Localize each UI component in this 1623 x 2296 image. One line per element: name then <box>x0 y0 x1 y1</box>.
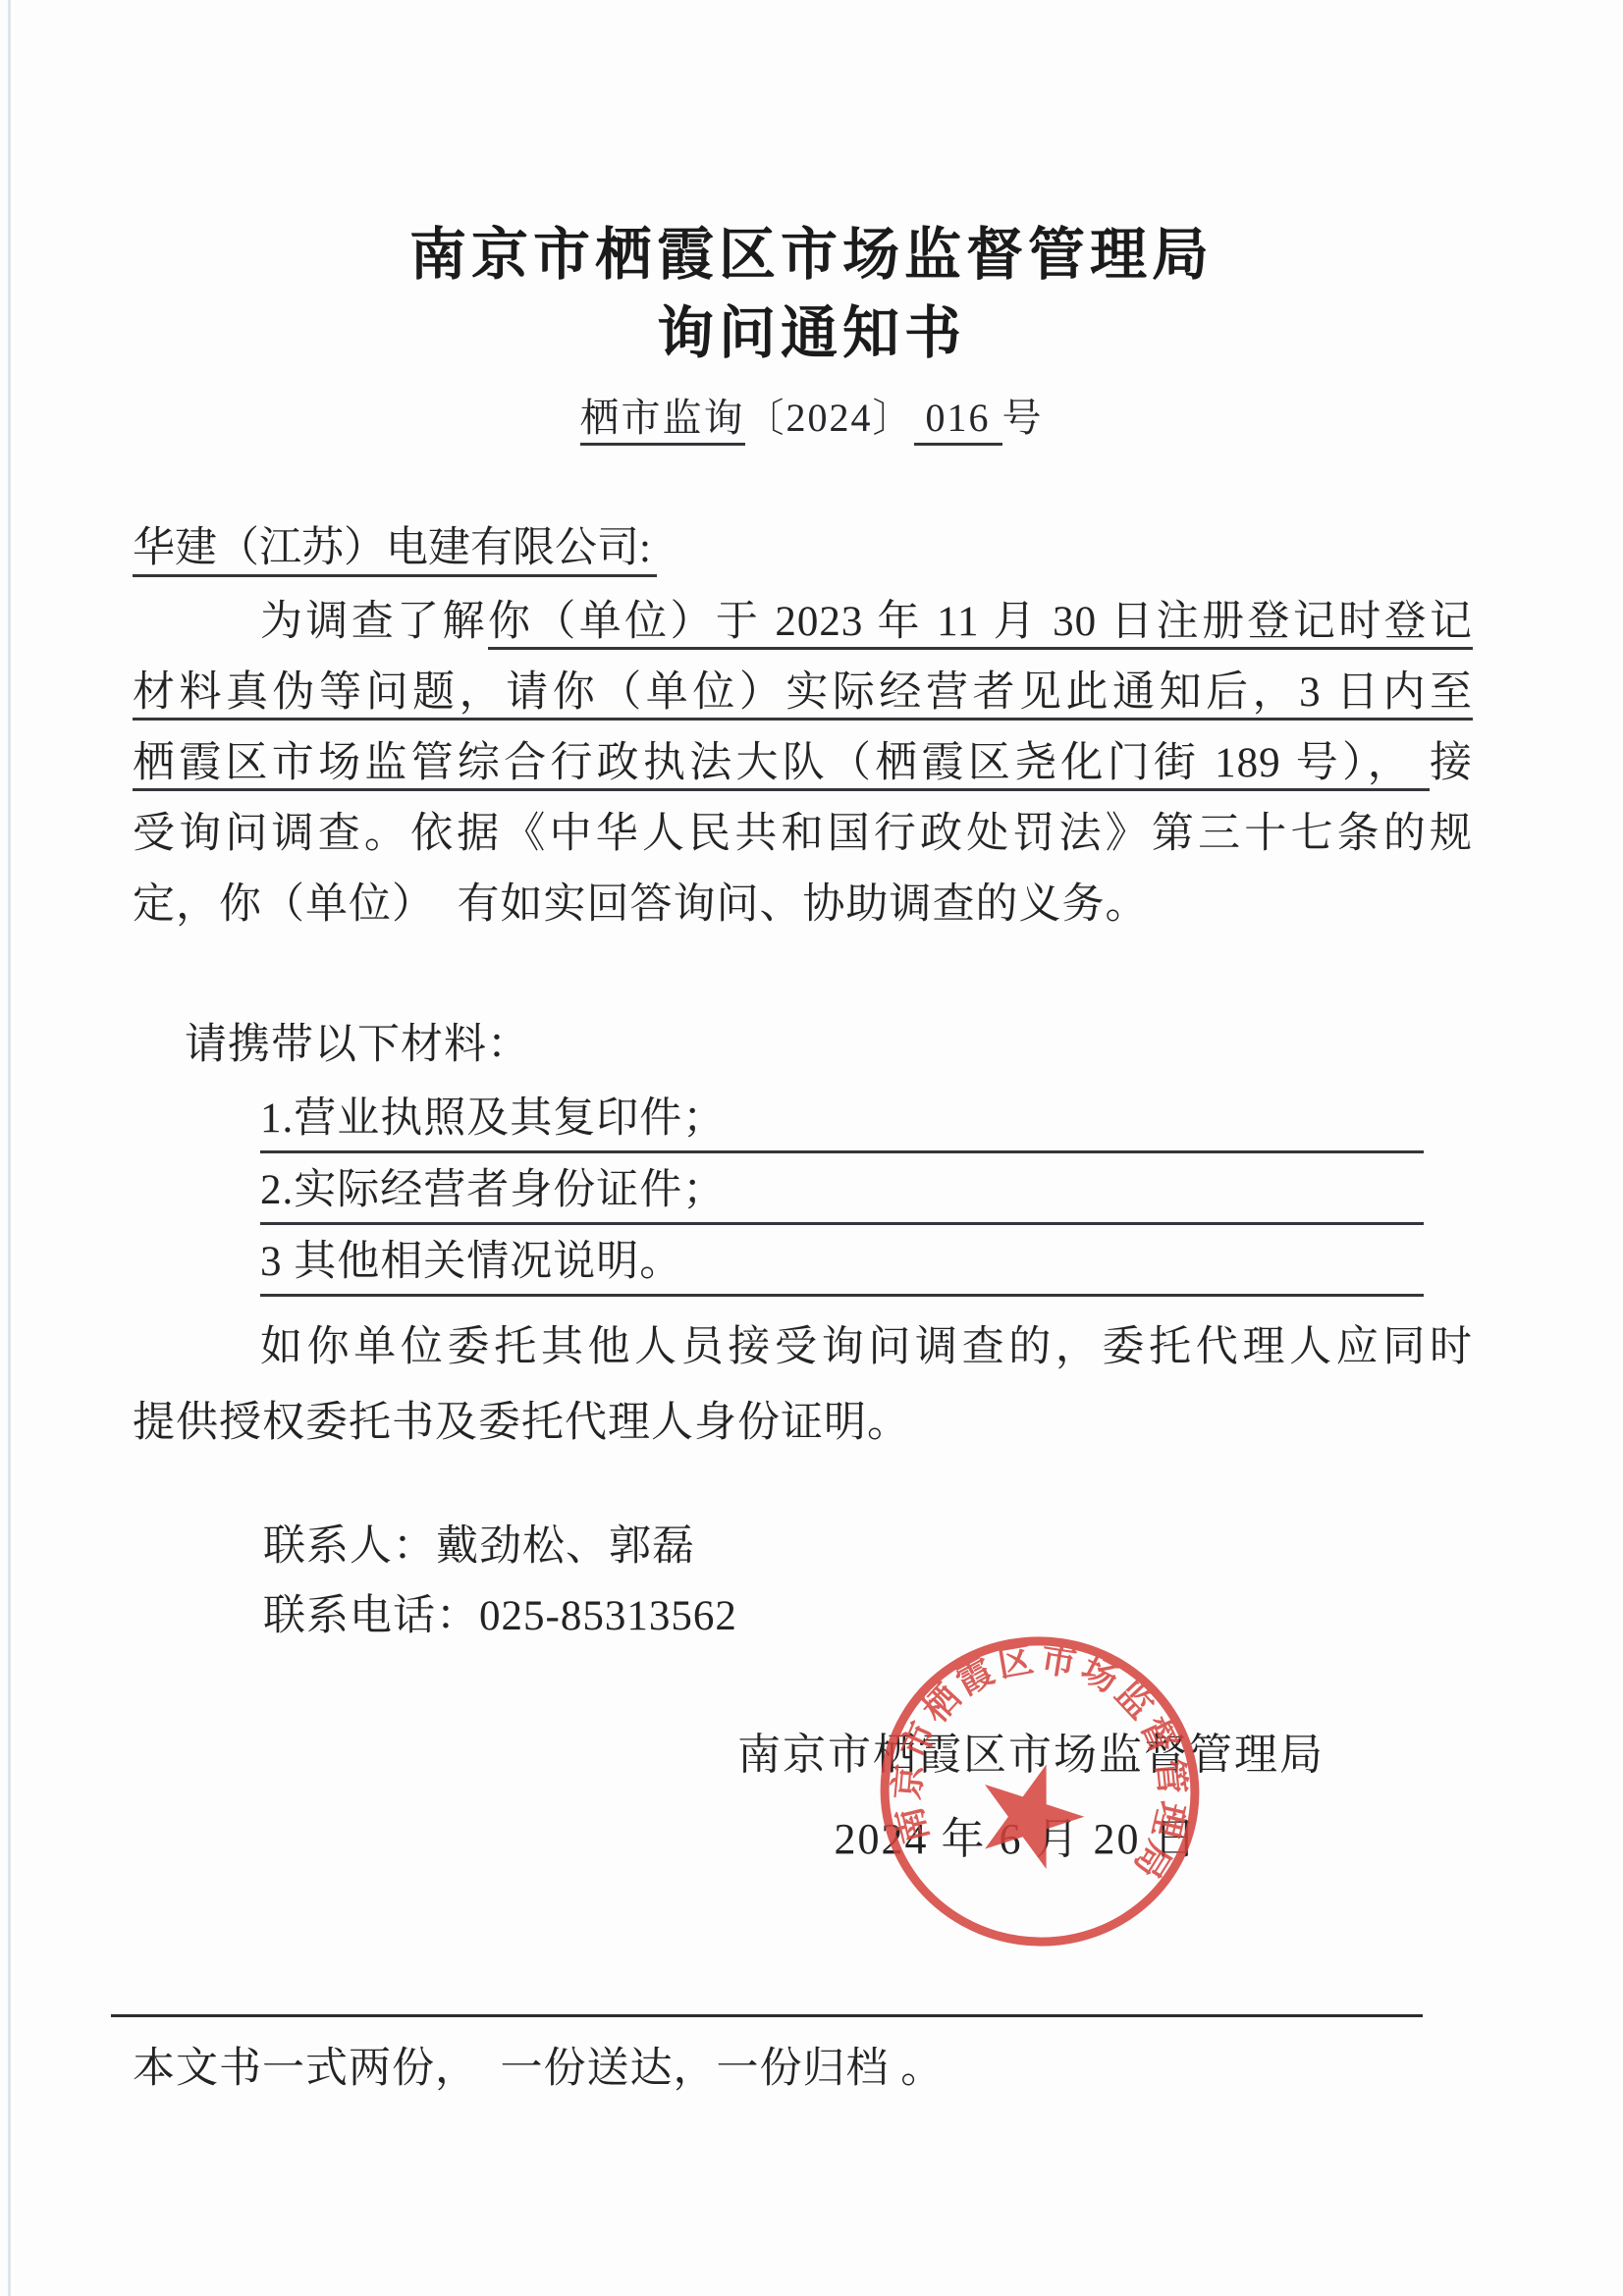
notice-document-page: 南京市栖霞区市场监督管理局 询问通知书 栖市监询〔2024〕 016 号 华建（… <box>0 0 1623 2296</box>
delegate-paragraph: 如你单位委托其他人员接受询问调查的，委托代理人应同时 提供授权委托书及委托代理人… <box>133 1309 1473 1461</box>
footer-note: 本文书一式两份， 一份送达，一份归档 。 <box>133 2034 944 2105</box>
paragraph-line-5: 定，你（单位） 有如实回答询问、协助调查的义务。 <box>133 870 1473 940</box>
document-title-type: 询问通知书 <box>0 296 1623 371</box>
paragraph-line-4: 受询问调查。依据《中华人民共和国行政处罚法》第三十七条的规 <box>133 799 1473 870</box>
document-title-org: 南京市栖霞区市场监督管理局 <box>0 218 1623 293</box>
paragraph-line-1: 为调查了解你（单位）于 2023 年 11 月 30 日注册登记时登记 <box>133 587 1473 658</box>
doc-number-prefix: 栖市监询 <box>580 396 745 446</box>
document-number: 栖市监询〔2024〕 016 号 <box>0 393 1623 444</box>
contact-person: 联系人：戴劲松、郭磊 <box>263 1509 695 1584</box>
paragraph-line-3: 栖霞区市场监管综合行政执法大队（栖霞区尧化门街 189 号），接 <box>133 728 1473 799</box>
materials-heading: 请携带以下材料： <box>185 1010 530 1081</box>
seal-star <box>966 1748 1097 1875</box>
footer-divider <box>111 2014 1423 2017</box>
line1-plain-text: 为调查了解 <box>260 599 488 645</box>
delegate-line-2: 提供授权委托书及委托代理人身份证明。 <box>133 1385 1473 1461</box>
doc-number-suffix: 号 <box>1002 396 1044 440</box>
doc-number-serial: 016 <box>914 396 1002 446</box>
paragraph-line-2: 材料真伪等问题，请你（单位）实际经营者见此通知后，3 日内至 <box>133 658 1473 728</box>
main-paragraph: 为调查了解你（单位）于 2023 年 11 月 30 日注册登记时登记 材料真伪… <box>133 587 1473 940</box>
line1-underlined-text: 你（单位）于 2023 年 11 月 30 日注册登记时登记 <box>488 599 1473 650</box>
materials-item-3: 3 其他相关情况说明。 <box>260 1231 1424 1297</box>
materials-item-2: 2.实际经营者身份证件； <box>260 1159 1424 1225</box>
contact-phone: 联系电话：025-85313562 <box>263 1578 737 1654</box>
materials-item-1: 1.营业执照及其复印件； <box>260 1088 1424 1153</box>
line2-underlined-text: 材料真伪等问题，请你（单位）实际经营者见此通知后，3 日内至 <box>133 669 1473 721</box>
recipient-name: 华建（江苏）电建有限公司: <box>133 525 657 577</box>
recipient-line: 华建（江苏）电建有限公司: <box>133 513 657 584</box>
doc-number-year: 〔2024〕 <box>745 396 914 440</box>
delegate-line-1: 如你单位委托其他人员接受询问调查的，委托代理人应同时 <box>133 1309 1473 1385</box>
official-seal: 南京市栖霞区市场监督管理局 <box>849 1608 1231 1976</box>
line3-plain-text: 接 <box>1430 740 1473 786</box>
line3-underlined-text: 栖霞区市场监管综合行政执法大队（栖霞区尧化门街 189 号）， <box>133 740 1430 791</box>
